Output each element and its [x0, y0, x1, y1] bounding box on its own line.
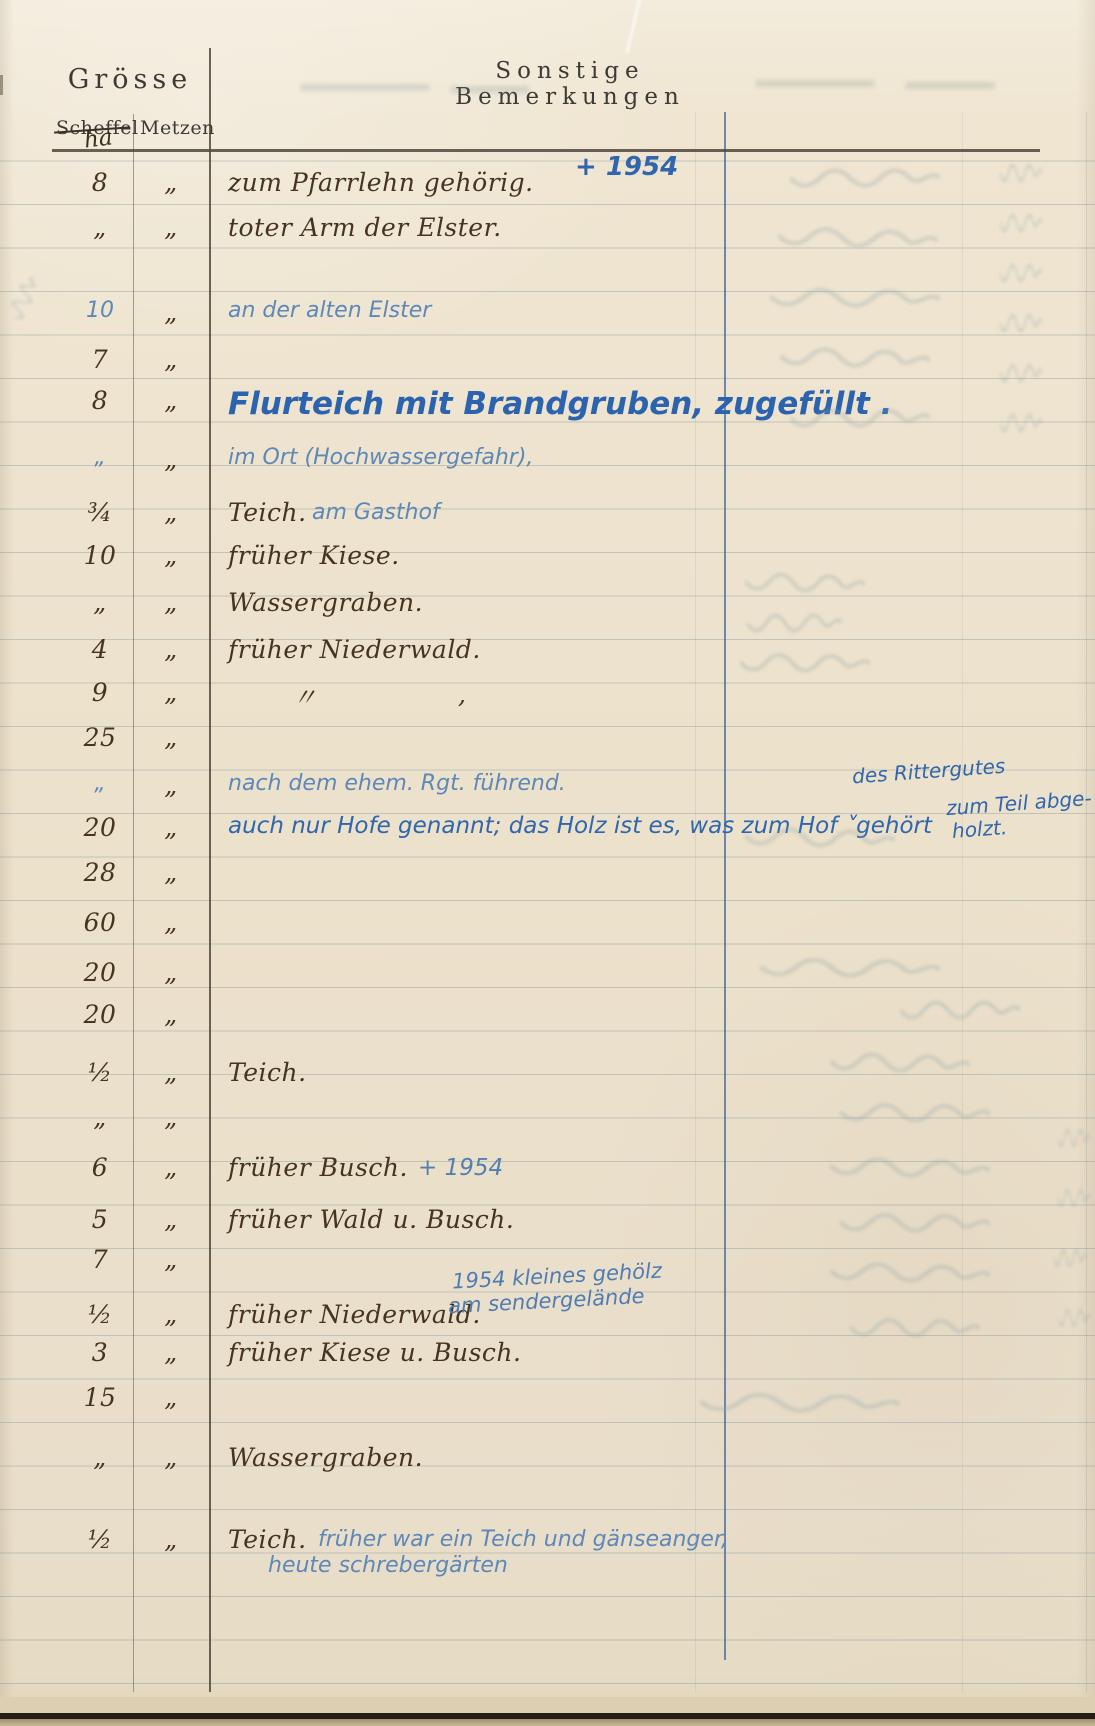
- header-remarks-title: Sonstige Bemerkungen: [420, 58, 720, 110]
- ledger-row-14: 20„auch nur Hofe genannt; das Holz ist e…: [0, 813, 1095, 857]
- remark-text: früher Niederwald.: [228, 635, 481, 664]
- remark-text: zum Pfarrlehn gehörig.: [228, 168, 534, 197]
- unit-ditto: „: [140, 1525, 202, 1554]
- remark-text: Teich.: [228, 1525, 307, 1554]
- header-unit-metzen: Metzen: [140, 117, 215, 139]
- size-value: 8: [58, 168, 142, 197]
- unit-ditto: „: [140, 858, 202, 887]
- unit-ditto: „: [140, 1205, 202, 1234]
- size-value: 25: [58, 723, 142, 752]
- size-value: 10: [58, 298, 142, 323]
- size-value: 20: [58, 1000, 142, 1029]
- unit-ditto: „: [140, 958, 202, 987]
- size-value: ½: [58, 1525, 142, 1554]
- size-value: 5: [58, 1205, 142, 1234]
- unit-ditto: „: [140, 908, 202, 937]
- remark-text: früher Kiese.: [228, 541, 400, 570]
- unit-ditto: „: [140, 1153, 202, 1182]
- ledger-row-11: 9„〃,: [0, 678, 1095, 722]
- remark-text: früher Busch.: [228, 1153, 408, 1182]
- unit-ditto: „: [140, 1300, 202, 1329]
- remark-text-2: am Gasthof: [312, 500, 440, 525]
- size-value: 4: [58, 635, 142, 664]
- ledger-row-18: 20„: [0, 1000, 1095, 1044]
- bleed-through-ghost: [905, 82, 995, 89]
- ledger-row-27: „„Wassergraben.: [0, 1443, 1095, 1487]
- unit-ditto: „: [140, 541, 202, 570]
- size-value: ¾: [58, 498, 142, 527]
- later-date-note: + 1954: [418, 1155, 503, 1181]
- unit-ditto: „: [140, 813, 202, 842]
- ledger-row-25: 3„früher Kiese u. Busch.: [0, 1338, 1095, 1382]
- ledger-row-1: 8„zum Pfarrlehn gehörig.+ 1954: [0, 168, 1095, 212]
- remark-text-3: heute schrebergärten: [268, 1553, 508, 1578]
- ledger-row-10: 4„früher Niederwald.: [0, 635, 1095, 679]
- ledger-row-13: „„nach dem ehem. Rgt. führend.des Ritter…: [0, 771, 1095, 815]
- unit-ditto: „: [140, 635, 202, 664]
- ledger-row-20: „„: [0, 1103, 1095, 1147]
- unit-ditto: „: [140, 445, 202, 474]
- size-value: ½: [58, 1058, 142, 1087]
- scanned-ledger-page: Grösse Scheffel ha Metzen Sonstige Bemer…: [0, 0, 1095, 1726]
- size-value: 9: [58, 678, 142, 707]
- unit-ditto: „: [140, 771, 202, 800]
- unit-ditto: „: [140, 213, 202, 242]
- remark-text: an der alten Elster: [228, 298, 431, 323]
- unit-ditto: „: [140, 345, 202, 374]
- paper-edge-mark: [0, 75, 3, 95]
- handwritten-unit-correction: ha: [83, 124, 114, 153]
- ledger-row-8: 10„früher Kiese.: [0, 541, 1095, 585]
- bleed-through-ghost-squiggle: [1000, 263, 1042, 283]
- ledger-row-21: 6„früher Busch.+ 1954: [0, 1153, 1095, 1197]
- remark-text: Teich.: [228, 498, 307, 527]
- size-value: „: [58, 213, 142, 242]
- remark-text: Wassergraben.: [228, 588, 423, 617]
- paper-crease: [626, 0, 642, 54]
- size-value: „: [58, 1443, 142, 1472]
- size-value: „: [58, 445, 142, 470]
- remark-text: Teich.: [228, 1058, 307, 1087]
- size-value: 8: [58, 386, 142, 415]
- ledger-row-26: 15„: [0, 1383, 1095, 1427]
- page-bottom-edge: [0, 1697, 1095, 1713]
- ledger-row-4: 7„: [0, 345, 1095, 389]
- ledger-row-22: 5„früher Wald u. Busch.: [0, 1205, 1095, 1249]
- unit-ditto: „: [140, 1338, 202, 1367]
- unit-ditto: „: [140, 1058, 202, 1087]
- header-size-title: Grösse: [55, 64, 205, 95]
- remark-text: toter Arm der Elster.: [228, 213, 502, 242]
- size-value: 3: [58, 1338, 142, 1367]
- ledger-row-15: 28„: [0, 858, 1095, 902]
- ledger-row-2: „„toter Arm der Elster.: [0, 213, 1095, 257]
- unit-ditto: „: [140, 723, 202, 752]
- unit-ditto: „: [140, 168, 202, 197]
- unit-ditto: „: [140, 1000, 202, 1029]
- remark-text: früher Wald u. Busch.: [228, 1205, 514, 1234]
- remark-text: nach dem ehem. Rgt. führend.: [228, 771, 566, 796]
- ledger-row-6: „„im Ort (Hochwassergefahr),: [0, 445, 1095, 489]
- ledger-row-7: ¾„Teich.am Gasthof: [0, 498, 1095, 542]
- remark-text: auch nur Hofe genannt; das Holz ist es, …: [228, 813, 932, 839]
- remark-text: Flurteich mit Brandgruben, zugefüllt .: [228, 386, 892, 422]
- remark-text: im Ort (Hochwassergefahr),: [228, 445, 533, 470]
- ledger-row-3: 10„an der alten Elster: [0, 298, 1095, 342]
- surface-below-page: [0, 1719, 1095, 1726]
- unit-ditto: „: [140, 1443, 202, 1472]
- remark-text-2: ,: [458, 680, 466, 709]
- header-underline: [52, 149, 1040, 152]
- ledger-row-28: ½„Teich.früher war ein Teich und gänsean…: [0, 1525, 1095, 1569]
- unit-ditto: „: [140, 1383, 202, 1412]
- bleed-through-ghost: [755, 80, 875, 87]
- size-value: 7: [58, 1245, 142, 1274]
- size-value: 20: [58, 958, 142, 987]
- remark-text: früher Kiese u. Busch.: [228, 1338, 521, 1367]
- unit-ditto: „: [140, 1245, 202, 1274]
- size-value: 15: [58, 1383, 142, 1412]
- later-date-note: + 1954: [575, 152, 678, 182]
- unit-ditto: „: [140, 678, 202, 707]
- remark-text: Wassergraben.: [228, 1443, 423, 1472]
- bleed-through-ghost: [300, 84, 430, 91]
- unit-ditto: „: [140, 1103, 202, 1132]
- size-value: „: [58, 771, 142, 796]
- unit-ditto: „: [140, 386, 202, 415]
- size-value: 6: [58, 1153, 142, 1182]
- ledger-row-16: 60„: [0, 908, 1095, 952]
- ledger-row-9: „„Wassergraben.: [0, 588, 1095, 632]
- unit-ditto: „: [140, 498, 202, 527]
- unit-ditto: „: [140, 588, 202, 617]
- size-value: 7: [58, 345, 142, 374]
- size-value: 60: [58, 908, 142, 937]
- margin-note-line-2: holzt.: [951, 815, 1008, 843]
- remark-text-2: früher war ein Teich und gänseanger,: [318, 1527, 728, 1552]
- ledger-row-17: 20„: [0, 958, 1095, 1002]
- remark-text: früher Niederwald.: [228, 1300, 481, 1329]
- ledger-row-5: 8„Flurteich mit Brandgruben, zugefüllt .: [0, 386, 1095, 430]
- unit-ditto: „: [140, 298, 202, 327]
- size-value: ½: [58, 1300, 142, 1329]
- size-value: 28: [58, 858, 142, 887]
- size-value: „: [58, 1103, 142, 1132]
- ledger-row-19: ½„Teich.: [0, 1058, 1095, 1102]
- size-value: 10: [58, 541, 142, 570]
- size-value: „: [58, 588, 142, 617]
- remark-text: 〃: [292, 678, 318, 714]
- size-value: 20: [58, 813, 142, 842]
